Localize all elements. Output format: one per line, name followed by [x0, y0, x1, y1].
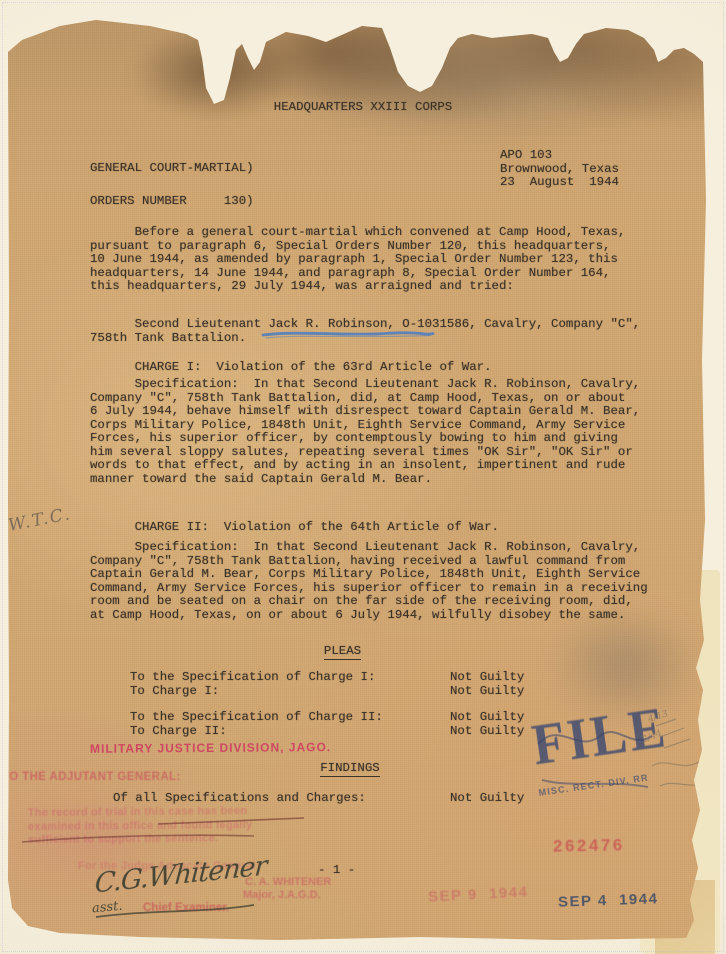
charge1-heading: CHARGE I: Violation of the 63rd Article …: [90, 361, 650, 375]
charge1-specification: Specification: In that Second Lieutenant…: [90, 378, 650, 486]
orders-number-label: ORDERS NUMBER 130): [90, 195, 254, 209]
charge2-heading: CHARGE II: Violation of the 64th Article…: [90, 521, 650, 535]
examiner-title-stamp: Chief Examiner.: [143, 902, 229, 914]
margin-initials-handwriting: W.T.C.: [7, 504, 74, 536]
location-date-block: APO 103 Brownwood, Texas 23 August 1944: [500, 149, 619, 190]
examiner-rank-stamp: Major, J.A.G.D.: [243, 889, 321, 901]
preamble-paragraph: Before a general court-martial which con…: [90, 226, 650, 294]
plea-value: Not Guilty: [450, 711, 524, 725]
accused-paragraph: Second Lieutenant Jack R. Robinson, O-10…: [90, 318, 650, 345]
findings-value: Not Guilty: [450, 792, 524, 806]
plea-value: Not Guilty: [450, 671, 524, 685]
plea-value: Not Guilty: [450, 685, 524, 699]
plea-value: Not Guilty: [450, 725, 524, 739]
to-adjutant-general-stamp: TO THE ADJUTANT GENERAL:: [2, 771, 181, 783]
date-stamp-sep9: SEP 9 1944: [428, 883, 529, 905]
plea-label: To Charge II:: [130, 725, 227, 739]
pleas-heading-text: PLEAS: [324, 645, 361, 660]
court-martial-label: GENERAL COURT-MARTIAL): [90, 162, 254, 176]
findings-heading-text: FINDINGS: [320, 762, 380, 777]
military-justice-division-stamp: MILITARY JUSTICE DIVISION, JAGO.: [90, 740, 331, 756]
pleas-heading: PLEAS: [90, 645, 595, 660]
charge2-specification: Specification: In that Second Lieutenant…: [90, 541, 650, 622]
plea-label: To Charge I:: [130, 685, 219, 699]
plea-row: To the Specification of Charge I: Not Gu…: [90, 671, 650, 685]
scanned-court-martial-order: HEADQUARTERS XXIII CORPS APO 103 Brownwo…: [0, 0, 726, 954]
examination-note-stamp: The record of trial in this case has bee…: [28, 805, 253, 847]
signature-handwriting: C.G.Whitener: [94, 850, 268, 899]
plea-label: To the Specification of Charge II:: [130, 711, 383, 725]
asst-handwriting: asst.: [91, 899, 123, 917]
page-title: HEADQUARTERS XXIII CORPS: [0, 101, 726, 115]
date-stamp-sep4: SEP 4 1944: [558, 890, 659, 910]
plea-row: To Charge I: Not Guilty: [90, 685, 650, 699]
plea-label: To the Specification of Charge I:: [130, 671, 375, 685]
serial-number-stamp: 262476: [553, 835, 625, 856]
findings-label: Of all Specifications and Charges:: [113, 792, 366, 806]
document-page: HEADQUARTERS XXIII CORPS APO 103 Brownwo…: [0, 0, 726, 954]
